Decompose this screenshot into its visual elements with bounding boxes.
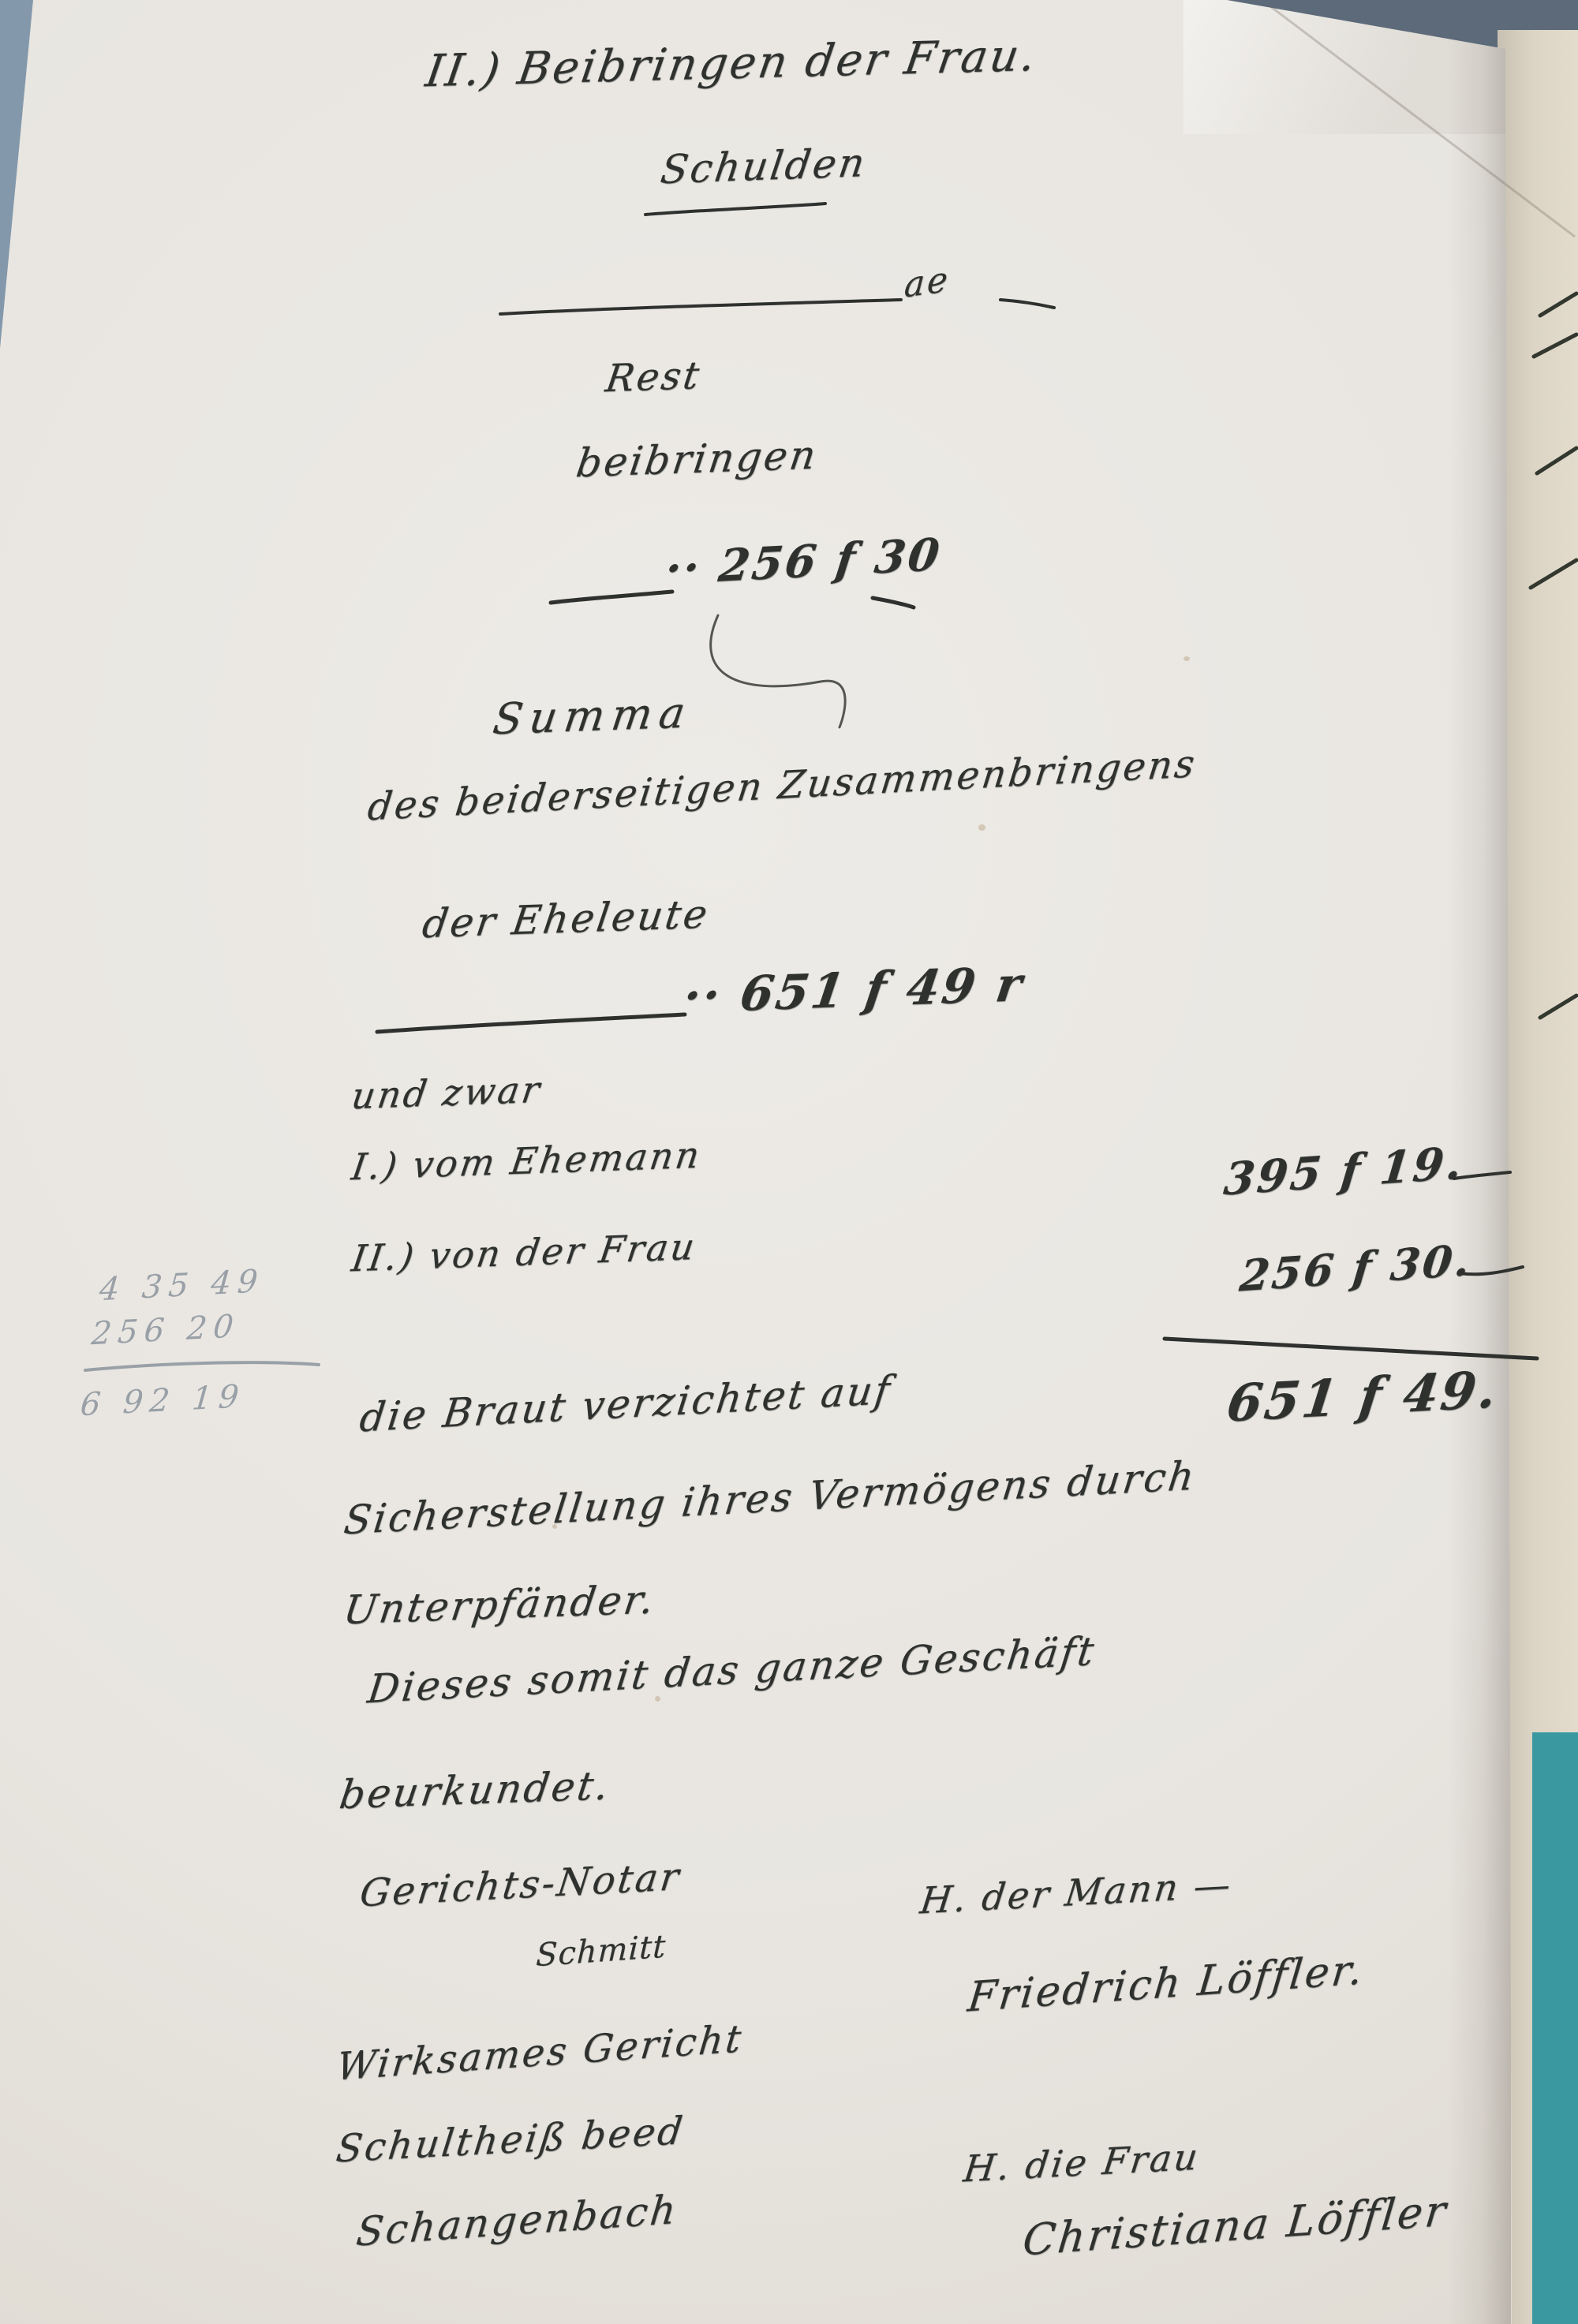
backdrop-bottom-right (1532, 1732, 1578, 2324)
rest-label: Rest (603, 353, 704, 402)
heading-schulden: Schulden (658, 140, 869, 192)
paper-speck (1183, 656, 1190, 661)
paper-speck (978, 824, 985, 831)
manuscript-photo: II.) Beibringen der Frau. Schulden ae Re… (0, 0, 1578, 2324)
closing-line2: beurkundet. (337, 1762, 614, 1818)
summa-word: Summa (490, 687, 695, 744)
rest-label2: beibringen (574, 432, 821, 486)
breakdown-intro: und zwar (349, 1068, 544, 1118)
separator-mark: ae (903, 259, 951, 306)
